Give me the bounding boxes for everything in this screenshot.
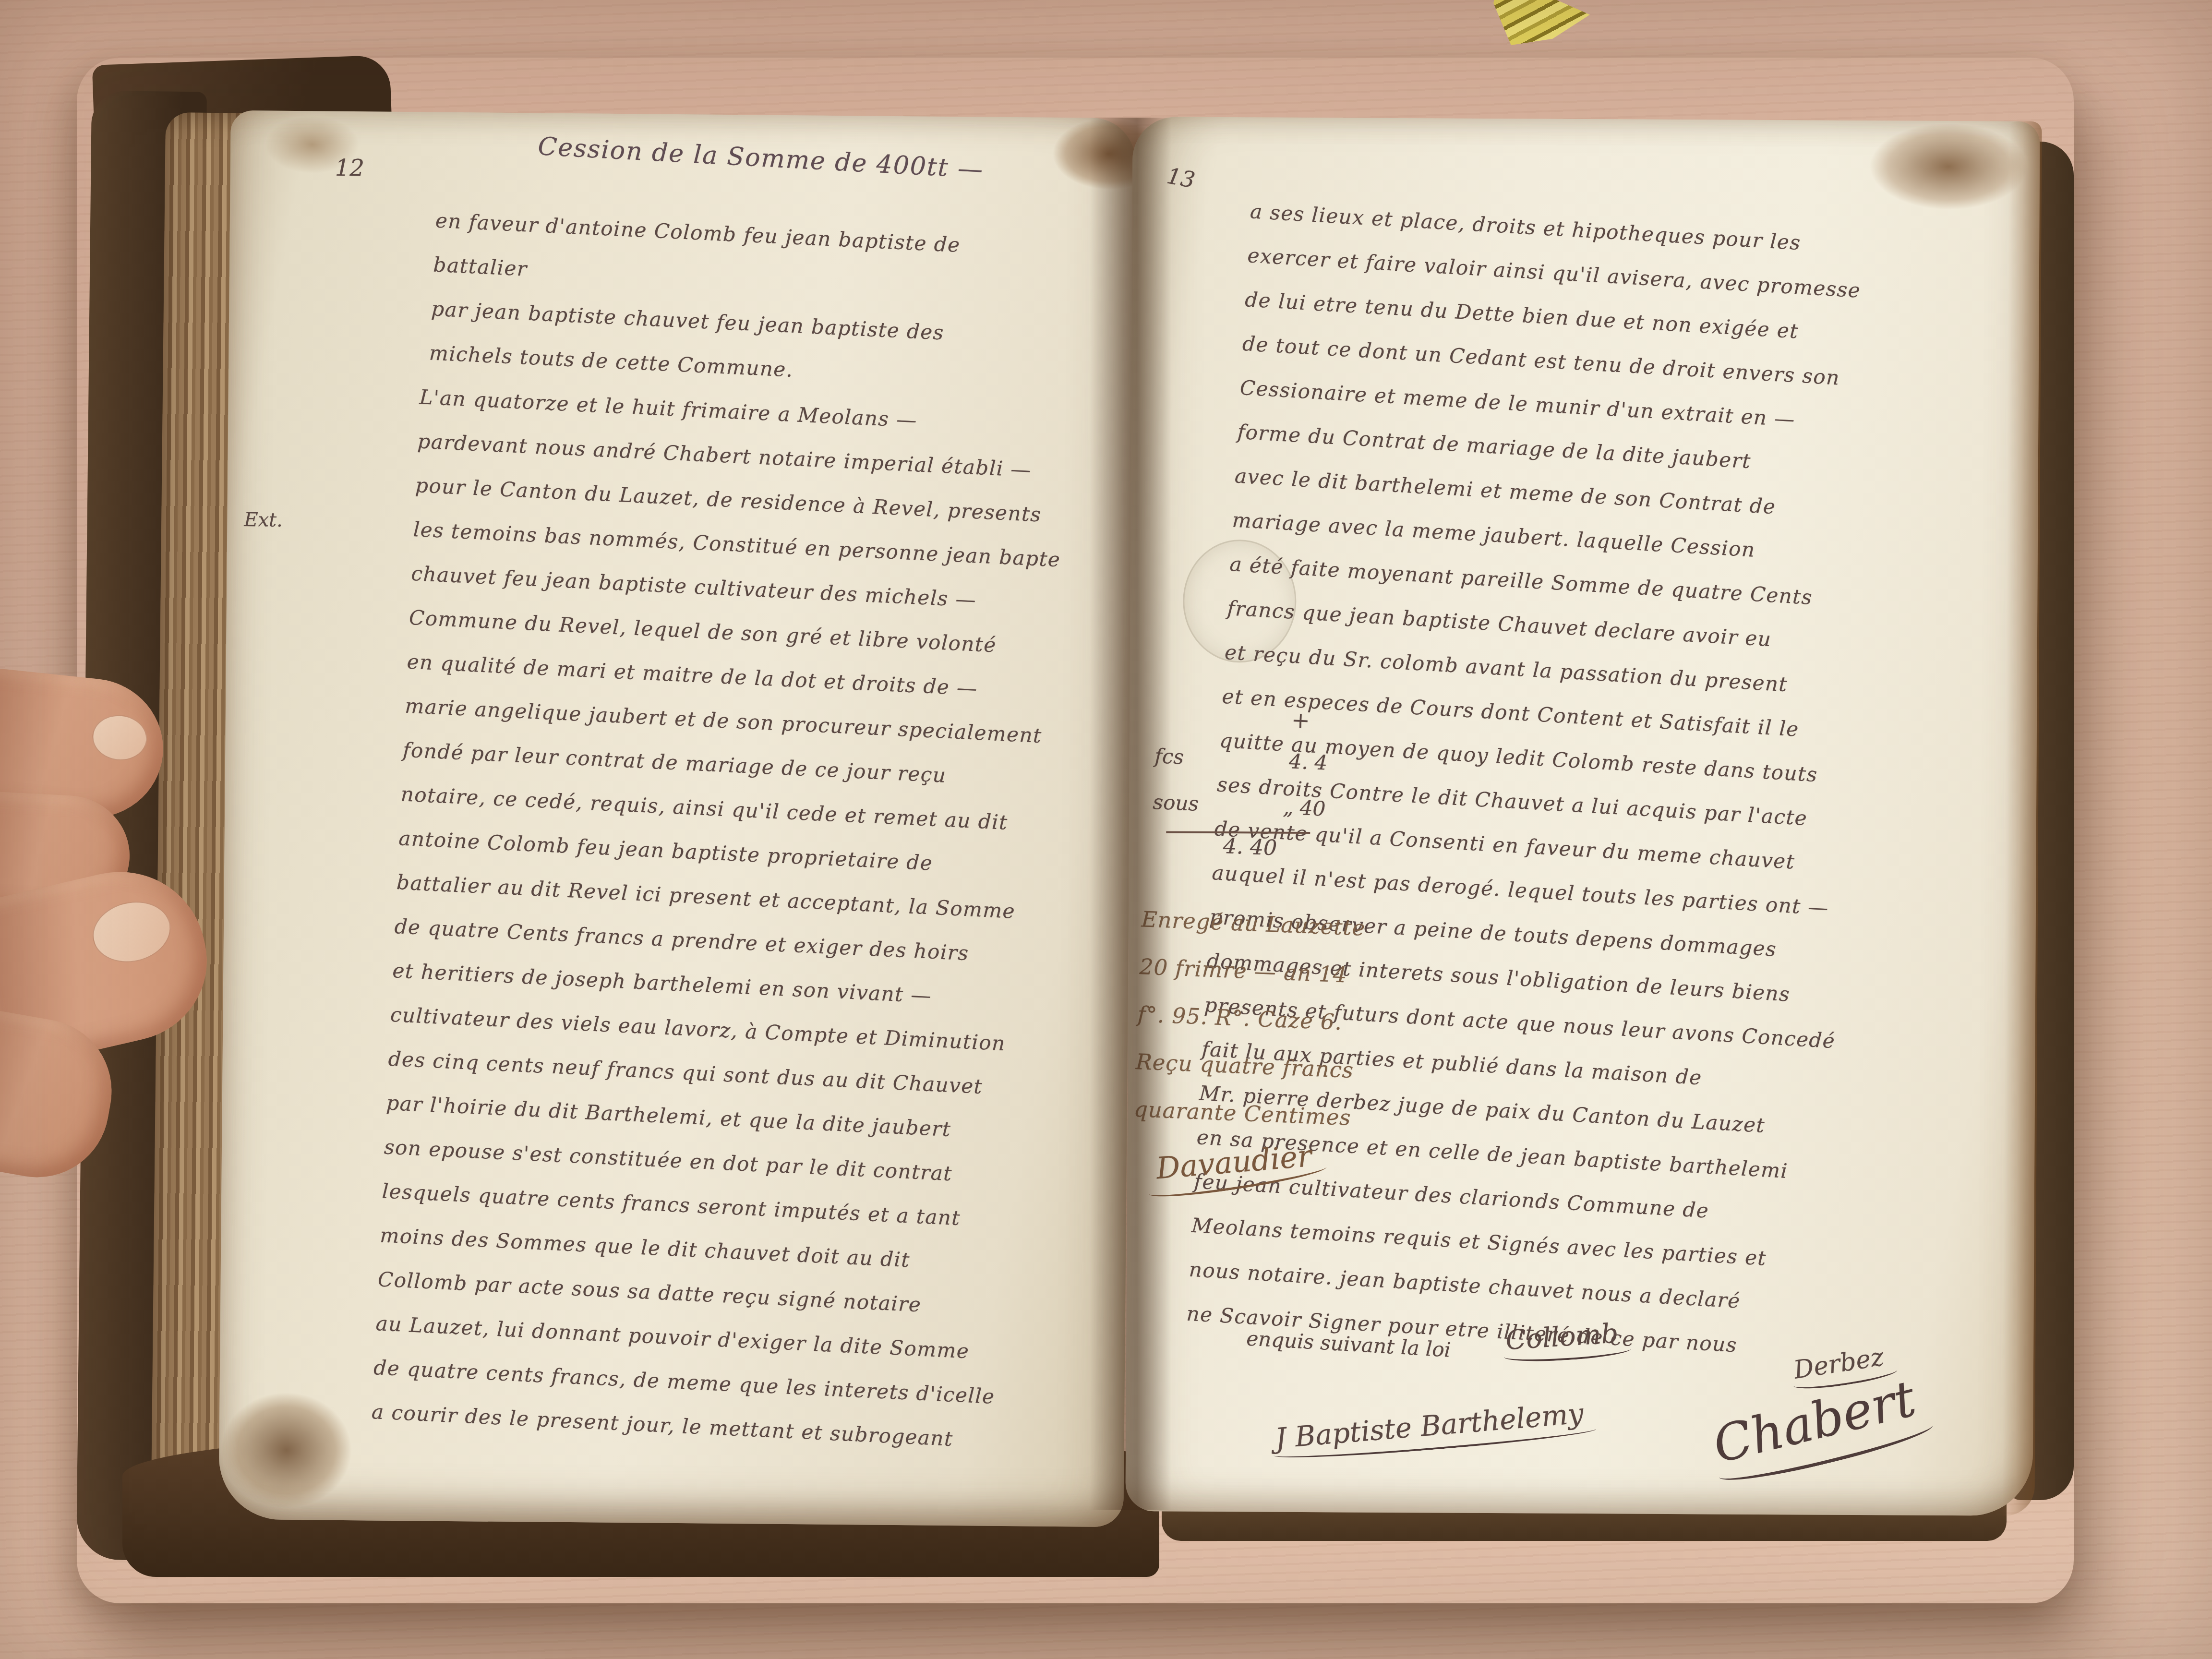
signature-barthelemy: J Baptiste Barthelemy (1274, 1397, 1585, 1455)
right-page: 13 a ses lieux et place, droits et hipot… (1125, 117, 2040, 1516)
act-body-left: L'an quatorze et le huit frimaire a Meol… (371, 375, 1068, 1464)
photo: 12 Cession de la Somme de 400tt — en fav… (0, 0, 2212, 1659)
page-number: 13 (1165, 163, 1197, 193)
margin-note-ext: Ext. (244, 509, 283, 531)
thumbnail (86, 894, 177, 970)
tally-value-francs: 4. 4 (1288, 738, 1328, 786)
manuscript-line: Reçu quatre francs (1135, 1038, 1360, 1094)
act-header: en faveur d'antoine Colomb feu jean bapt… (428, 199, 962, 400)
tally-label-francs: fcs (1154, 733, 1185, 780)
tally-value-sous: „ 40 (1282, 784, 1326, 832)
act-title: Cession de la Somme de 400tt — (537, 132, 985, 184)
manuscript-line: quarante Centimes (1133, 1085, 1358, 1142)
registration-note: Enregé au Lauzette20 frimre — an 14f°. 9… (1133, 895, 1366, 1142)
tally-plus-mark: + (1291, 707, 1310, 733)
left-page: 12 Cession de la Somme de 400tt — en fav… (218, 110, 1136, 1527)
fingernail (90, 712, 149, 763)
stain (1847, 111, 2049, 222)
tally-rule (1166, 831, 1310, 834)
fee-tally: + fcs 4. 4 sous „ 40 4. 40 (1151, 733, 1328, 862)
signature-colomb: Collomb (1504, 1318, 1619, 1356)
manuscript-line: 20 frimre — an 14 (1139, 943, 1364, 999)
manuscript-line: Enregé au Lauzette (1141, 895, 1366, 952)
tally-total: 4. 40 (1223, 834, 1324, 862)
registrar-signature: Davaudier (1155, 1138, 1313, 1186)
tally-label-sous: sous (1152, 779, 1200, 827)
page-number: 12 (335, 155, 365, 182)
manuscript-line: f°. 95. R°. Caze 6. (1137, 990, 1362, 1047)
